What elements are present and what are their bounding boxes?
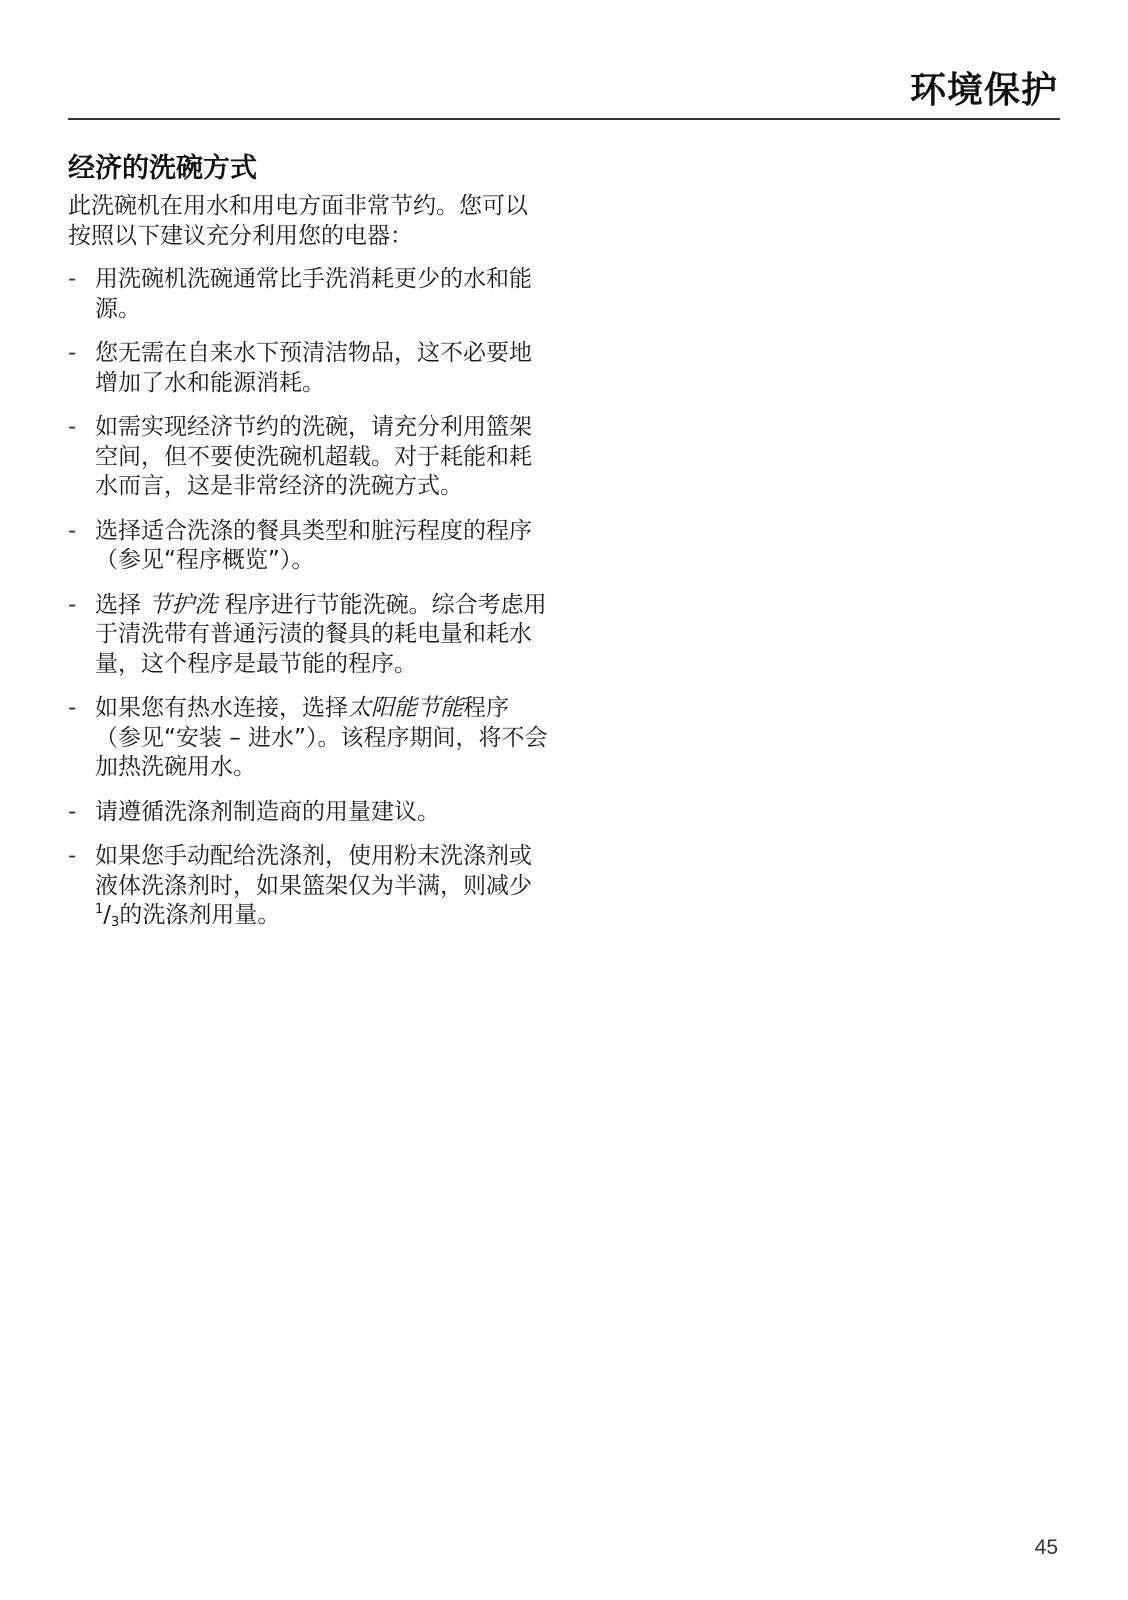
bullet-dash: -	[68, 517, 76, 547]
tip-text: 选择适合洗涤的餐具类型和脏污程度的程序（参见“程序概览”）。	[95, 518, 532, 574]
intro-paragraph: 此洗碗机在用水和用电方面非常节约。您可以按照以下建议充分利用您的电器：	[68, 192, 548, 251]
header-divider	[68, 118, 1060, 120]
bullet-dash: -	[68, 339, 76, 369]
list-item: - 如果您有热水连接，选择太阳能节能程序（参见“安装 – 进水”）。该程序期间，…	[68, 694, 548, 783]
tip-text: 如需实现经济节约的洗碗，请充分利用篮架空间，但不要使洗碗机超载。对于耗能和耗水而…	[95, 414, 532, 499]
section-body: 此洗碗机在用水和用电方面非常节约。您可以按照以下建议充分利用您的电器： - 用洗…	[68, 192, 548, 946]
tip-text-prefix: 如果您手动配给洗涤剂，使用粉末洗涤剂或液体洗涤剂时，如果篮架仅为半满，则减少	[95, 843, 532, 899]
list-item: - 您无需在自来水下预清洁物品，这不必要地增加了水和能源消耗。	[68, 339, 548, 398]
list-item: - 如需实现经济节约的洗碗，请充分利用篮架空间，但不要使洗碗机超载。对于耗能和耗…	[68, 413, 548, 502]
fraction-slash: /	[103, 902, 111, 928]
bullet-dash: -	[68, 798, 76, 828]
bullet-dash: -	[68, 413, 76, 443]
bullet-dash: -	[68, 265, 76, 295]
chapter-title: 环境保护	[910, 62, 1058, 113]
program-name-eco: 节护洗	[148, 592, 217, 618]
tip-text-prefix: 如果您有热水连接，选择	[95, 695, 348, 721]
list-item: - 选择 节护洗 程序进行节能洗碗。综合考虑用于清洗带有普通污渍的餐具的耗电量和…	[68, 591, 548, 680]
list-item: - 用洗碗机洗碗通常比手洗消耗更少的水和能源。	[68, 265, 548, 324]
bullet-dash: -	[68, 842, 76, 872]
bullet-dash: -	[68, 591, 76, 621]
tip-text-prefix: 选择	[95, 592, 148, 618]
tips-list: - 用洗碗机洗碗通常比手洗消耗更少的水和能源。 - 您无需在自来水下预清洁物品，…	[68, 265, 548, 931]
tip-text-suffix: 的洗涤剂用量。	[119, 902, 280, 928]
section-title: 经济的洗碗方式	[68, 146, 257, 185]
tip-text: 请遵循洗涤剂制造商的用量建议。	[95, 799, 440, 825]
tip-text: 用洗碗机洗碗通常比手洗消耗更少的水和能源。	[95, 266, 532, 322]
page-number: 45	[1035, 1536, 1058, 1560]
list-item: - 请遵循洗涤剂制造商的用量建议。	[68, 798, 548, 828]
list-item: - 如果您手动配给洗涤剂，使用粉末洗涤剂或液体洗涤剂时，如果篮架仅为半满，则减少…	[68, 842, 548, 931]
program-name-solar: 太阳能节能	[348, 695, 463, 721]
bullet-dash: -	[68, 694, 76, 724]
list-item: - 选择适合洗涤的餐具类型和脏污程度的程序（参见“程序概览”）。	[68, 517, 548, 576]
tip-text: 您无需在自来水下预清洁物品，这不必要地增加了水和能源消耗。	[95, 340, 532, 396]
